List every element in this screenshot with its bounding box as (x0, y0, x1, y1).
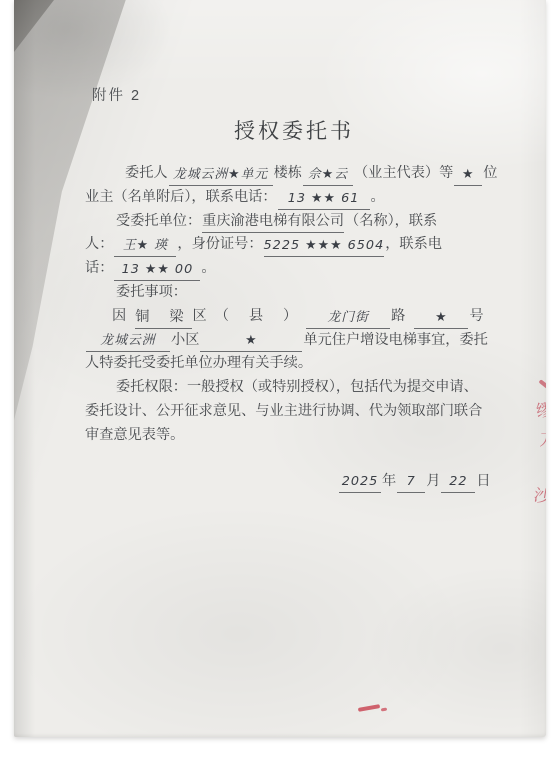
label-id-number: ，身份证号： (177, 236, 262, 252)
handwritten-month: 7 (397, 471, 425, 493)
document-body: 委托人龙城云洲★单元楼栋佘★云（业主代表）等★位业主（名单附后），联系电话：13… (85, 162, 505, 493)
text-line: 委托设计、公开征求意见、与业主进行协调、代为领取部门联合 (85, 400, 505, 424)
red-pen-mark (358, 702, 390, 716)
handwritten-community-name: 龙城云洲 (86, 330, 170, 352)
handwritten-contact-name: 王★ 瑛 (114, 235, 176, 257)
handwritten-representative-name: 佘★云 (303, 164, 353, 186)
label-contact-person: 人： (85, 236, 113, 252)
page-title: 授权委托书 (28, 115, 546, 145)
text-line: 受委托单位：重庆渝港电梯有限公司（名称），联系 (85, 210, 505, 234)
handwritten-year: 2025 (339, 471, 381, 493)
label-road: 路 (391, 308, 413, 324)
district-name: 铜 梁 (135, 307, 191, 329)
seal-character: 缪 (534, 395, 546, 422)
label-authority-scope-2: 委托设计、公开征求意见、与业主进行协调、代为领取部门联合 (85, 403, 482, 419)
label-year: 年 (382, 473, 396, 489)
handwritten-unit-blank: ★ (200, 330, 302, 352)
seal-character: 甬 (543, 455, 546, 481)
punctuation: 。 (371, 189, 385, 205)
label-contact-phone: ，联系电 (385, 236, 442, 252)
text-line: 人特委托受委托单位办理有关手续。 (85, 352, 505, 376)
paper-sheet: 附件 2 授权委托书 委托人龙城云洲★单元楼栋佘★云（业主代表）等★位业主（名单… (14, 0, 546, 737)
label-owner-representative: （业主代表）等 (354, 165, 453, 181)
handwritten-phone-principal: 13 ★★ 61 (278, 188, 370, 210)
label-elevator-matter: 单元住户增设电梯事宜，委托 (303, 332, 487, 348)
text-line: 委托权限：一般授权（或特别授权），包括代为提交申请、 (85, 376, 505, 400)
seal-character: 沙 (532, 481, 546, 509)
red-seal-fragment: 缪万甬沙 (514, 382, 546, 532)
text-line: 委托事项： (85, 281, 505, 305)
red-dash (358, 704, 380, 712)
handwritten-id-number: 5225 ★★★ 6504 (264, 235, 385, 257)
seal-character: 万 (539, 425, 546, 452)
trustee-company-name: 重庆渝港电梯有限公司 (202, 211, 344, 233)
label-entrust-procedures: 人特委托受委托单位办理有关手续。 (85, 355, 312, 371)
red-dash (381, 708, 387, 712)
label-name-contact: （名称），联系 (345, 213, 437, 229)
label-because: 因 (112, 308, 134, 324)
text-line: 话：13 ★★ 00。 (85, 257, 505, 281)
handwritten-street-name: 龙门街 (306, 307, 390, 329)
label-authority-scope-1: 委托权限：一般授权（或特别授权），包括代为提交申请、 (116, 379, 478, 395)
handwritten-day: 22 (441, 471, 475, 493)
label-district-county: 区（ 县 ） (193, 308, 306, 324)
label-authority-scope-3: 审查意见表等。 (85, 427, 184, 443)
label-month: 月 (426, 473, 440, 489)
handwritten-owner-count: ★ (454, 164, 482, 186)
corner-fold-shadow (14, 0, 60, 56)
handwritten-street-number: ★ (414, 307, 468, 329)
label-trustee-unit: 受委托单位： (116, 213, 201, 229)
scanned-document: 附件 2 授权委托书 委托人龙城云洲★单元楼栋佘★云（业主代表）等★位业主（名单… (0, 0, 553, 783)
label-owners-phone: 业主（名单附后），联系电话： (85, 189, 277, 205)
label-entrusted-matters: 委托事项： (116, 284, 187, 300)
label-building: 楼栋 (274, 165, 302, 181)
label-phone: 话： (85, 260, 113, 276)
label-number: 号 (469, 308, 483, 324)
text-line: 委托人龙城云洲★单元楼栋佘★云（业主代表）等★位 (85, 162, 505, 186)
text-line: 人：王★ 瑛，身份证号：5225 ★★★ 6504，联系电 (85, 233, 505, 257)
text-line: 龙城云洲小区★单元住户增设电梯事宜，委托 (85, 329, 505, 353)
label-principal: 委托人 (125, 165, 168, 181)
handwritten-phone-trustee: 13 ★★ 00 (114, 259, 200, 281)
attachment-label: 附件 2 (92, 84, 141, 105)
punctuation: 。 (201, 260, 215, 276)
handwritten-community-unit: 龙城云洲★单元 (169, 164, 273, 186)
label-day: 日 (476, 473, 490, 489)
label-community: 小区 (171, 332, 199, 348)
text-line: 因铜 梁区（ 县 ）龙门街路★号 (85, 305, 505, 329)
seal-stroke (539, 379, 546, 392)
text-line: 2025年7月22日 (85, 470, 505, 494)
text-line: 审查意见表等。 (85, 424, 505, 448)
label-wei: 位 (483, 165, 497, 181)
text-line: 业主（名单附后），联系电话：13 ★★ 61。 (85, 186, 505, 210)
